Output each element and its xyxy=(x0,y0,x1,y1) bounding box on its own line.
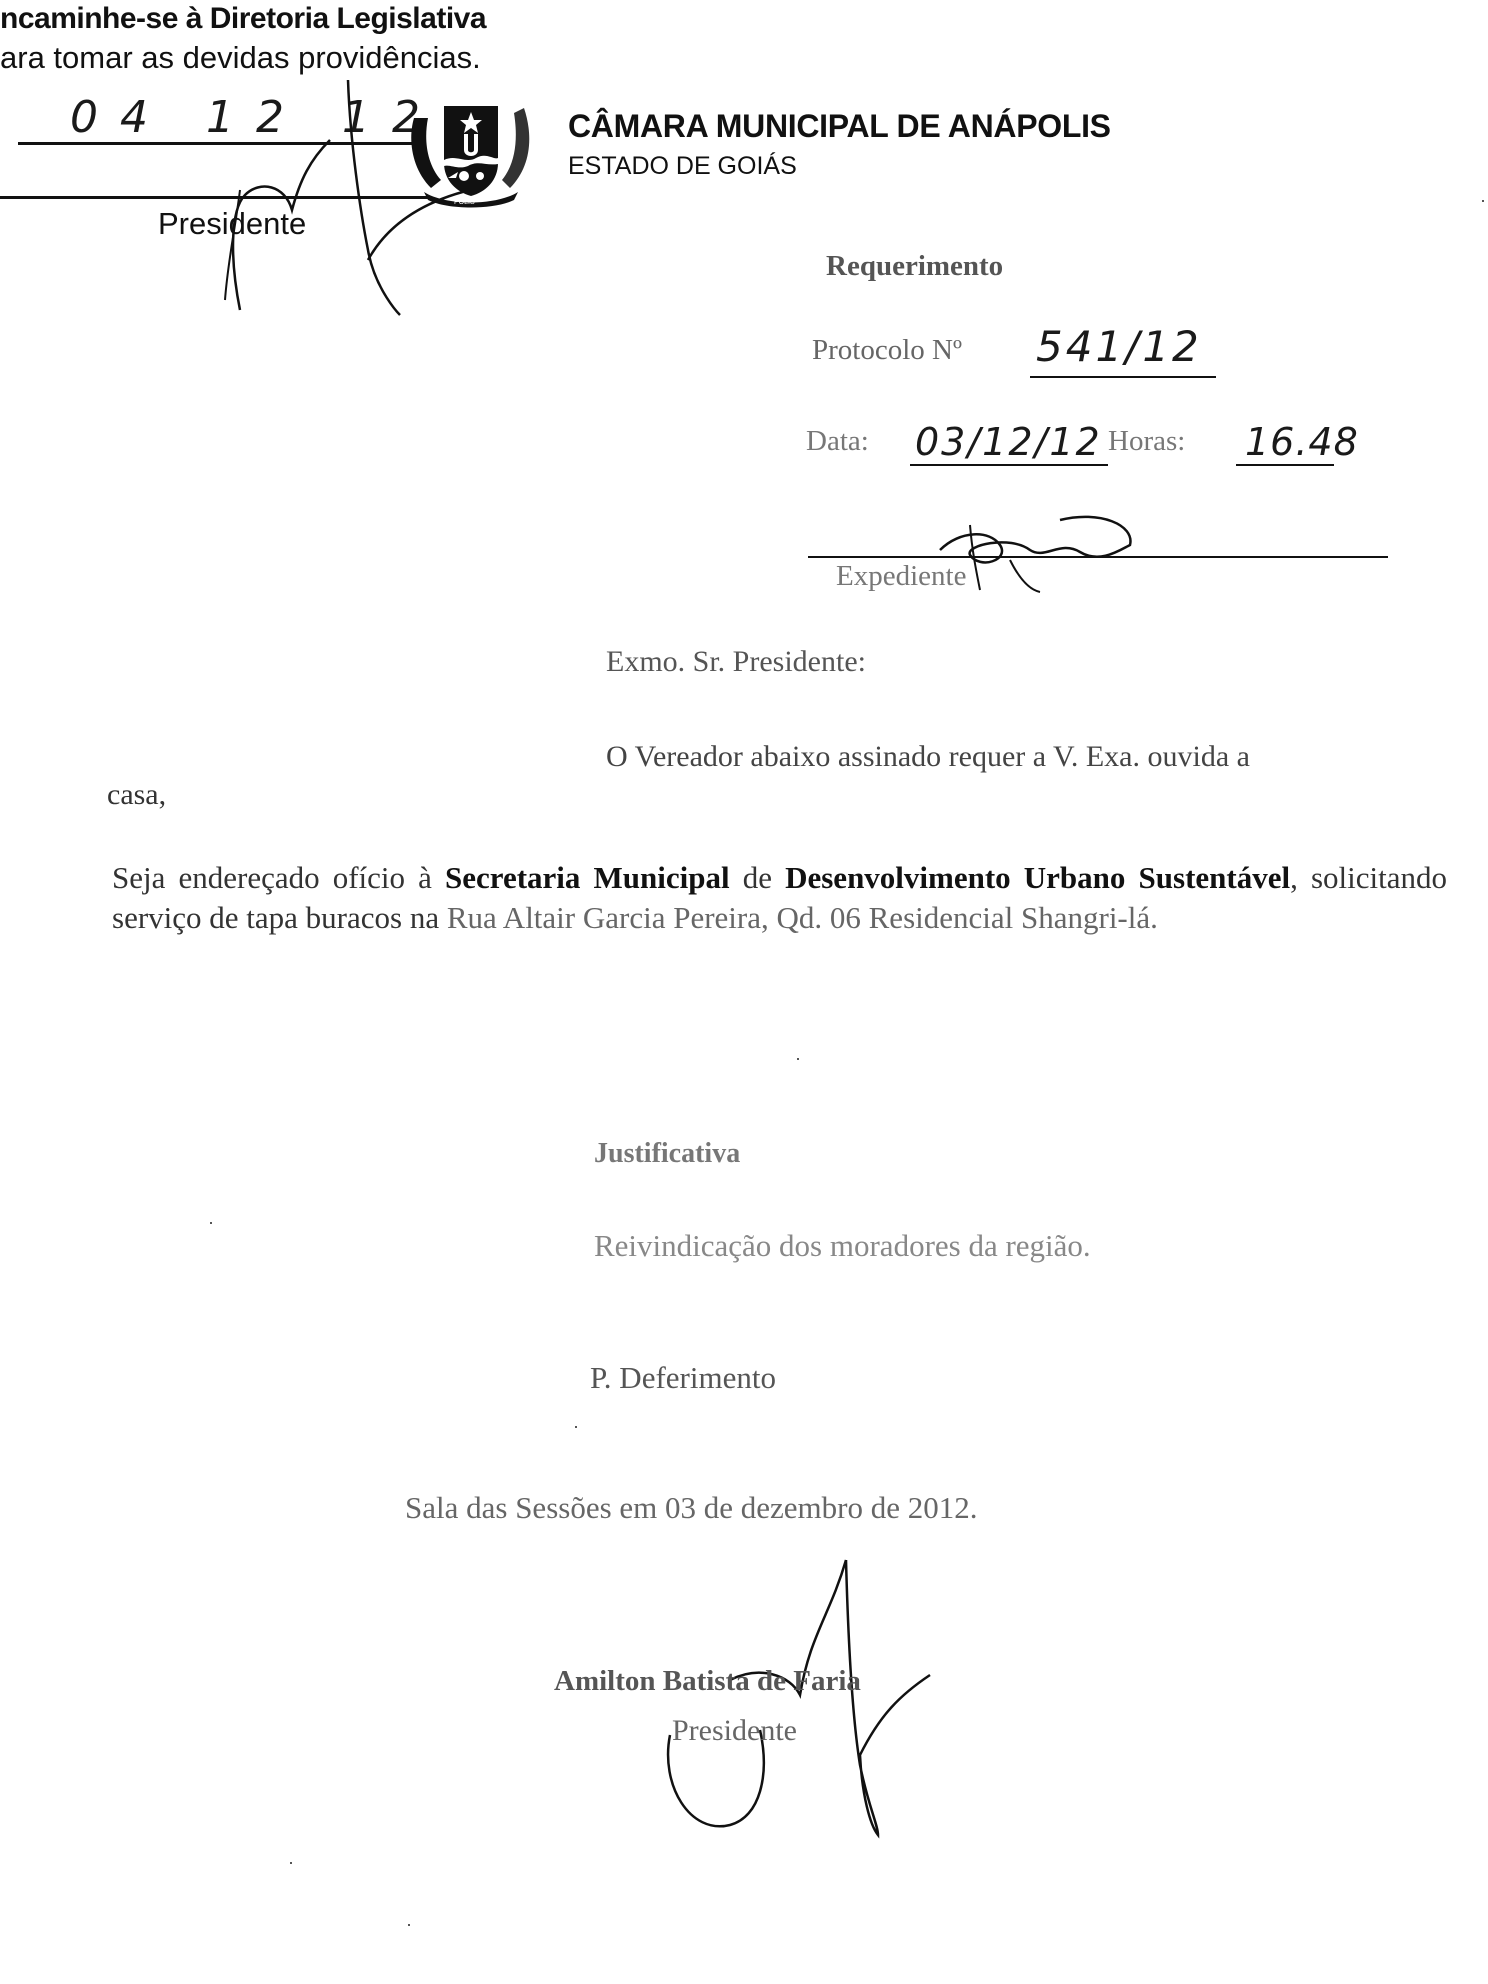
coat-of-arms-icon: POLIS xyxy=(406,88,536,212)
greeting: Exmo. Sr. Presidente: xyxy=(606,645,866,679)
request-recipient: Secretaria Municipal xyxy=(445,860,730,895)
document-type-title: Requerimento xyxy=(826,250,1003,283)
request-address: Rua Altair Garcia Pereira, Qd. 06 Reside… xyxy=(447,900,1158,935)
signer-name: Amilton Batista de Faria xyxy=(554,1665,861,1698)
protocol-number: 541/12 xyxy=(1036,322,1202,371)
intro-line-2: casa, xyxy=(107,778,166,812)
place-date: Sala das Sessões em 03 de dezembro de 20… xyxy=(405,1490,978,1526)
scan-speck xyxy=(290,1862,292,1864)
organization-name: CÂMARA MUNICIPAL DE ANÁPOLIS xyxy=(568,108,1111,145)
date-underline xyxy=(910,464,1108,466)
hours-underline xyxy=(1236,464,1334,466)
scan-speck xyxy=(797,1058,799,1060)
scan-speck xyxy=(575,1426,577,1428)
request-paragraph: Seja endereçado ofício à Secretaria Muni… xyxy=(112,858,1447,938)
scan-speck xyxy=(1482,200,1484,202)
expediente-label: Expediente xyxy=(836,560,966,593)
justification-text: Reivindicação dos moradores da região. xyxy=(594,1228,1091,1264)
justification-title: Justificativa xyxy=(594,1138,740,1170)
scan-speck xyxy=(408,1924,410,1926)
scan-speck xyxy=(210,1222,212,1224)
protocol-underline xyxy=(1030,376,1216,378)
signer-role: Presidente xyxy=(672,1714,797,1748)
signer-signature-icon xyxy=(640,1555,960,1845)
despacho-line-1: ncaminhe-se à Diretoria Legislativa xyxy=(0,2,486,36)
hours-value: 16.48 xyxy=(1245,420,1359,464)
request-text: de xyxy=(743,860,772,895)
hours-label: Horas: xyxy=(1108,425,1185,458)
closing: P. Deferimento xyxy=(590,1360,776,1396)
request-text: Seja endereçado ofício à xyxy=(112,860,432,895)
svg-text:POLIS: POLIS xyxy=(454,199,475,206)
organization-state: ESTADO DE GOIÁS xyxy=(568,152,797,181)
date-label: Data: xyxy=(806,425,869,458)
request-recipient: Desenvolvimento Urbano Sustentável xyxy=(785,860,1290,895)
date-value: 03/12/12 xyxy=(915,420,1102,464)
intro-line-1: O Vereador abaixo assinado requer a V. E… xyxy=(606,740,1250,774)
protocol-label: Protocolo Nº xyxy=(812,334,962,367)
